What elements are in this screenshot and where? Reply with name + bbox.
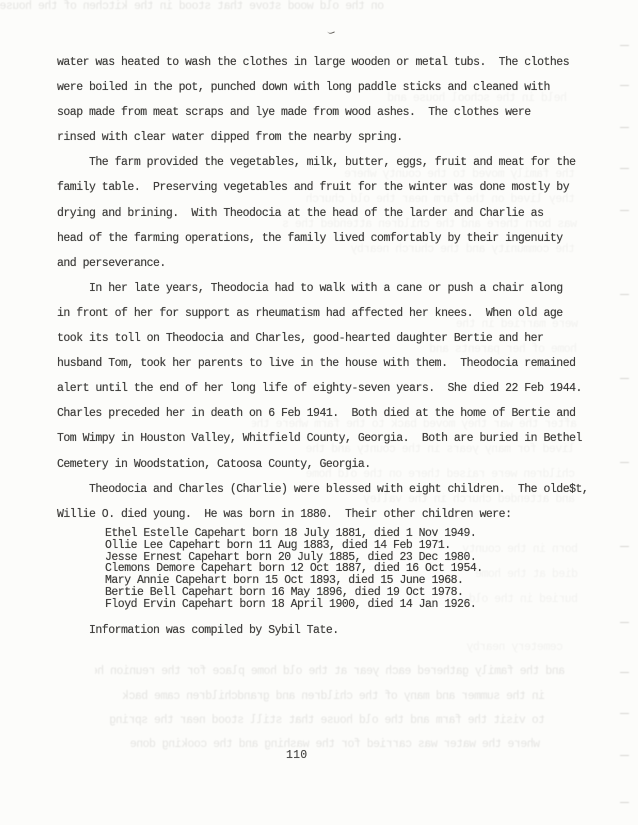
bleed-through-line: to visit the farm and the old house that…: [95, 714, 545, 727]
bleed-through-line: on the old wood stove that stood in the …: [0, 0, 384, 13]
closing-attribution-line: Information was compiled by Sybil Tate.: [57, 624, 557, 638]
body-text: water was heated to wash the clothes in …: [57, 50, 597, 527]
text-line: Willie O. died young. He was born in 188…: [57, 502, 597, 527]
text-line: head of the farming operations, the fami…: [57, 226, 597, 251]
text-line: and perseverance.: [57, 251, 597, 276]
scanned-document-page: held in the school house andthe family m…: [0, 0, 638, 825]
text-line: rinsed with clear water dipped from the …: [57, 125, 597, 150]
text-line: The farm provided the vegetables, milk, …: [57, 150, 597, 175]
page-number: 110: [286, 749, 307, 762]
text-line: water was heated to wash the clothes in …: [57, 50, 597, 75]
text-line: In her late years, Theodocia had to walk…: [57, 276, 597, 301]
text-line: took its toll on Theodocia and Charles, …: [57, 326, 597, 351]
child-record-line: Bertie Bell Capehart born 16 May 1896, d…: [105, 587, 585, 599]
stray-pen-mark: [326, 27, 335, 35]
text-line: Tom Wimpy in Houston Valley, Whitfield C…: [57, 426, 597, 451]
text-line: in front of her for support as rheumatis…: [57, 301, 597, 326]
child-record-line: Floyd Ervin Capehart born 18 April 1900,…: [105, 599, 585, 611]
text-line: were boiled in the pot, punched down wit…: [57, 75, 597, 100]
text-line: Theodocia and Charles (Charlie) were ble…: [57, 477, 597, 502]
text-line: Charles preceded her in death on 6 Feb 1…: [57, 401, 597, 426]
children-list: Ethel Estelle Capehart born 18 July 1881…: [105, 528, 585, 611]
text-line: Cemetery in Woodstation, Catoosa County,…: [57, 452, 597, 477]
text-line: husband Tom, took her parents to live in…: [57, 351, 597, 376]
text-line: alert until the end of her long life of …: [57, 376, 597, 401]
text-line: soap made from meat scraps and lye made …: [57, 100, 597, 125]
bleed-through-line: in the summer and many of the children a…: [75, 690, 545, 703]
bleed-through-line: cemetery nearby: [58, 641, 563, 654]
text-line: family table. Preserving vegetables and …: [57, 175, 597, 200]
text-line: drying and brining. With Theodocia at th…: [57, 201, 597, 226]
bleed-through-line: and the family gathered each year at the…: [95, 665, 565, 678]
child-record-line: Ollie Lee Capehart born 11 Aug 1883, die…: [105, 540, 585, 552]
